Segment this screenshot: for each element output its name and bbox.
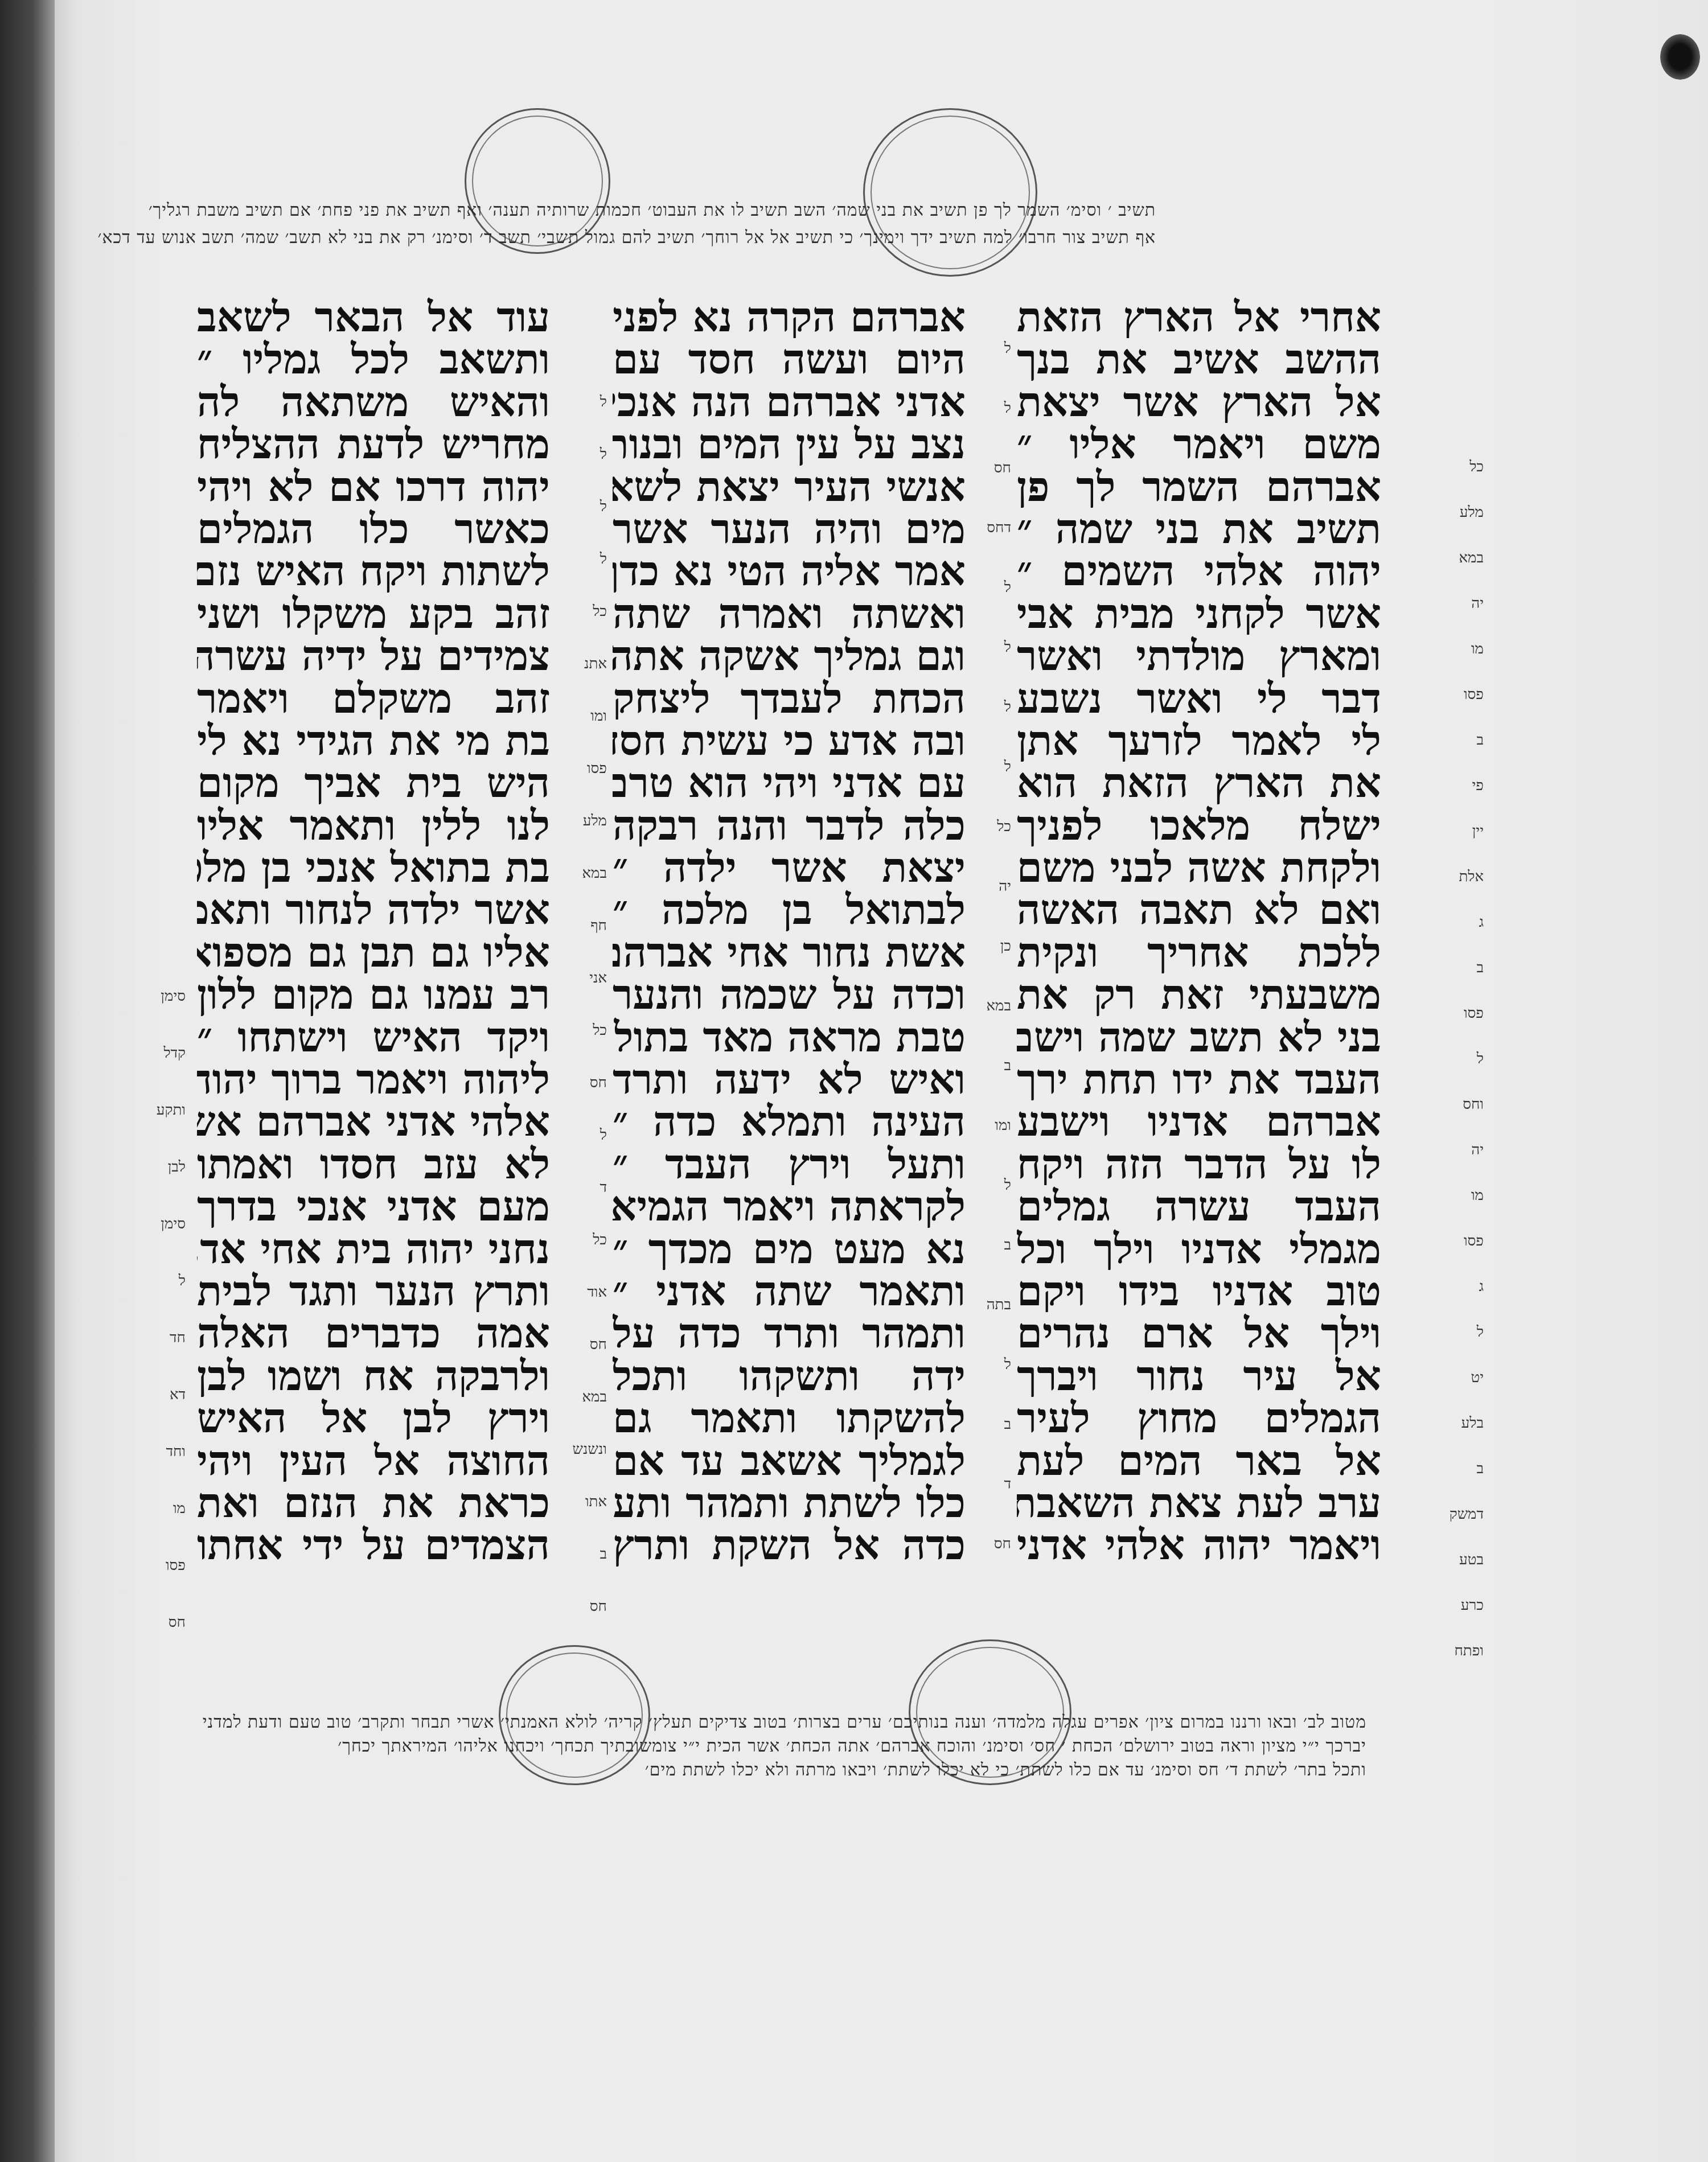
text-line: מים והיה הנער אשר [613,508,966,550]
text-line: הגמלים מחוץ לעיר [1017,1397,1381,1439]
text-line: אנשי העיר יצאת לשאב [613,466,966,508]
text-line: בת מי את הגידי נא לי [197,720,550,762]
text-line: ויקד האיש וישתחו ״ [197,1016,550,1058]
text-line: זהב משקלם ויאמר [197,677,550,720]
book-binding-edge [0,0,55,2162]
text-line: זהב בקע משקלו ושני [197,593,550,635]
text-line: העינה ותמלא כדה ״ [613,1100,966,1142]
text-line: ואם לא תאבה האשה [1017,889,1381,931]
text-line: לי לאמר לזרעך אתן [1017,720,1381,762]
text-column-middle: אברהם הקרה נא לפני היום ועשה חסד עם אדני… [613,296,966,1567]
text-line: אמר אליה הטי נא כדך [613,550,966,592]
text-line: ותשאב לכל גמליו ״ [197,338,550,380]
masora-parva-inner-left: ל ל ל ל כל אתנ ומו פסו מלע במא חף אני כל… [567,376,607,1633]
text-line: מחריש לדעת ההצליח [197,423,550,465]
text-line: לקראתה ויאמר הגמיאיני [613,1185,966,1227]
text-line: אמה כדברים האלה [197,1312,550,1354]
text-line: לנו ללין ותאמר אליו [197,804,550,846]
text-line: אשת נחור אחי אברהם [613,931,966,973]
text-line: יהוה דרכו אם לא ויהי [197,466,550,508]
text-line: יצאת אשר ילדה ״ [613,846,966,889]
text-line: מעם אדני אנכי בדרך [197,1185,550,1227]
text-line: נחני יהוה בית אחי אדני [197,1228,550,1270]
text-line: ותעל וירץ העבד ״ [613,1143,966,1185]
text-line: ערב לעת צאת השאבת [1017,1482,1381,1524]
text-line: היש בית אביך מקום [197,762,550,804]
masora-parva-left-margin: סימן קדל ותקע לבן סימן ל חד דא וחד מו פס… [140,968,186,1651]
text-line: טבת מראה מאד בתולה [613,1016,966,1058]
text-line: ויאמר יהוה אלהי אדני [1017,1524,1381,1566]
text-line: הצמדים על ידי אחתו [197,1524,550,1566]
text-line: אברהם הקרה נא לפני [613,296,966,338]
text-line: כלו לשתת ותמהר ותער [613,1482,966,1524]
text-line: בני לא תשב שמה וישם [1017,1016,1381,1058]
text-line: אלהי אדני אברהם אשר [197,1100,550,1142]
text-line: ולקחת אשה לבני משם [1017,846,1381,889]
text-line: אל עיר נחור ויברך [1017,1355,1381,1397]
text-line: ותרץ הנער ותגד לבית [197,1270,550,1312]
text-line: רב עמנו גם מקום ללון [197,973,550,1016]
text-line: וכדה על שכמה והנער [613,973,966,1016]
text-line: תשיב את בני שמה ״ [1017,508,1381,550]
parchment-hole [1660,34,1700,80]
text-line: את הארץ הזאת הוא [1017,762,1381,804]
text-line: ידה ותשקהו ותכל [613,1355,966,1397]
text-line: אשר לקחני מבית אבי [1017,593,1381,635]
text-line: העבד עשרה גמלים [1017,1185,1381,1227]
text-line: העבד את ידו תחת ירך [1017,1058,1381,1100]
text-line: יהוה אלהי השמים ״ [1017,550,1381,592]
text-column-right: אחרי אל הארץ הזאת ההשב אשיב את בנך אל הא… [1017,296,1381,1567]
text-line: ותמהר ותרד כדה על [613,1312,966,1354]
masora-parva-inner-right: ל ל חס דחס ל ל ל ל כל יה כן במא ב ומו ל … [977,319,1011,1574]
text-line: צמידים על ידיה עשרה [197,635,550,677]
text-line: כראת את הנזם ואת [197,1482,550,1524]
text-line: אשר ילדה לנחור ותאמר [197,889,550,931]
text-line: עם אדני ויהי הוא טרם [613,762,966,804]
text-line: עוד אל הבאר לשאב [197,296,550,338]
text-line: כלה לדבר והנה רבקה [613,804,966,846]
text-line: החוצה אל העין ויהי [197,1440,550,1482]
text-line: כדה אל השקת ותרץ [613,1524,966,1566]
text-line: לגמליך אשאב עד אם [613,1440,966,1482]
masora-magna-bottom-line-1: מטוב לב׳ ובאו ורננו במרום ציון׳ אפרים עג… [203,1712,1366,1732]
text-line: אל באר המים לעת [1017,1440,1381,1482]
text-line: אליו גם תבן גם מספוא [197,931,550,973]
masora-magna-bottom-line-3: ותכל בתר׳ לשתת ד׳ חס וסימנ׳ עד אם כלו לש… [645,1760,1366,1780]
text-line: אחרי אל הארץ הזאת [1017,296,1381,338]
text-line: הכחת לעבדך ליצחק [613,677,966,720]
text-line: וילך אל ארם נהרים [1017,1312,1381,1354]
text-line: מגמלי אדניו וילך וכל [1017,1228,1381,1270]
text-line: ואיש לא ידעה ותרד [613,1058,966,1100]
text-line: דבר לי ואשר נשבע [1017,677,1381,720]
text-line: לו על הדבר הזה ויקח [1017,1143,1381,1185]
masora-circle-top-right [863,108,1037,277]
text-line: היום ועשה חסד עם [613,338,966,380]
text-line: ההשב אשיב את בנך [1017,338,1381,380]
text-line: לבתואל בן מלכה ״ [613,889,966,931]
text-column-left: עוד אל הבאר לשאב ותשאב לכל גמליו ״ והאיש… [197,296,550,1567]
text-line: ליהוה ויאמר ברוך יהוה [197,1058,550,1100]
text-line: ולרבקה אח ושמו לבן [197,1355,550,1397]
text-line: וירץ לבן אל האיש [197,1397,550,1439]
manuscript-page: תשיב ׳ וסימ׳ השמר לך פן תשיב את בני שמה׳… [55,0,1708,2162]
text-line: אברהם השמר לך פן [1017,466,1381,508]
text-line: ואשתה ואמרה שתה [613,593,966,635]
text-line: טוב אדניו בידו ויקם [1017,1270,1381,1312]
text-line: ללכת אחריך ונקית [1017,931,1381,973]
text-line: נצב על עין המים ובנות [613,423,966,465]
masora-magna-top-line-2: אף תשיב צור חרבו׳ למה תשיב ידך וימינך׳ כ… [98,228,1156,248]
text-line: ותאמר שתה אדני ״ [613,1270,966,1312]
text-line: לא עזב חסדו ואמתו [197,1143,550,1185]
text-line: משבעתי זאת רק את [1017,973,1381,1016]
text-line: בת בתואל אנכי בן מלכה [197,846,550,889]
text-line: להשקתו ותאמר גם [613,1397,966,1439]
text-line: ומארץ מולדתי ואשר [1017,635,1381,677]
text-line: לשתות ויקח האיש נזם [197,550,550,592]
masora-magna-top-line-1: תשיב ׳ וסימ׳ השמר לך פן תשיב את בני שמה׳… [149,200,1156,220]
text-line: אדני אברהם הנה אנכי [613,381,966,423]
text-line: נא מעט מים מכדך ״ [613,1228,966,1270]
text-line: משם ויאמר אליו ״ [1017,423,1381,465]
masora-magna-bottom-line-2: יברכך י״י מציון וראה בטוב ירושלם׳ הכחת ׳… [338,1736,1366,1756]
text-line: ישלח מלאכו לפניך [1017,804,1381,846]
text-line: והאיש משתאה לה [197,381,550,423]
text-line: וגם גמליך אשקה אתה [613,635,966,677]
text-line: אל הארץ אשר יצאת [1017,381,1381,423]
masora-parva-right-margin: כל מלע במא יה מו פסו ב פי יין אלת ג ב פס… [1421,444,1484,1674]
text-line: ובה אדע כי עשית חסד [613,720,966,762]
text-line: אברהם אדניו וישבע [1017,1100,1381,1142]
text-line: כאשר כלו הגמלים [197,508,550,550]
